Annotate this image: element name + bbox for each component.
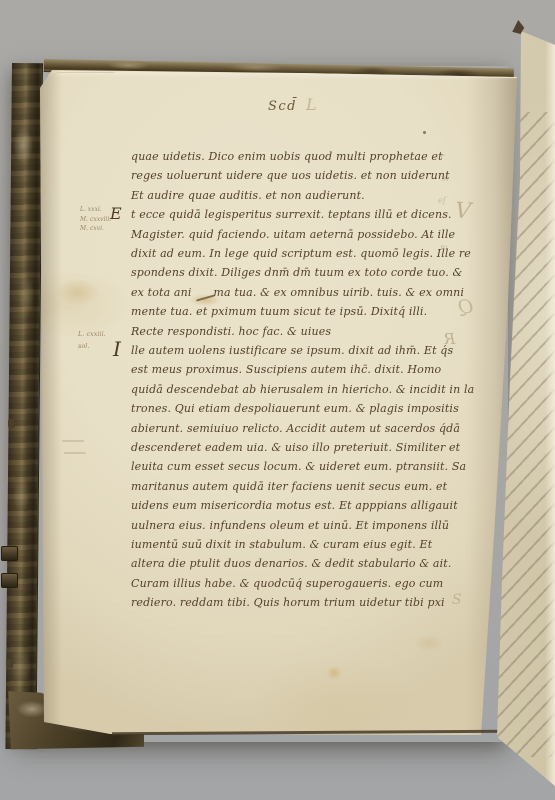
manuscript-text-line: mente tua. et pximum tuum sicut te ipsū.… [131,305,427,319]
manuscript-text-line: t ecce quidā legisperitus surrexit. tept… [131,208,452,222]
bleedthrough-mark: m [441,174,449,183]
manuscript-text-line: leuita cum esset secus locum. & uideret … [131,460,466,474]
bleedthrough-mark: ır [438,152,444,161]
bleedthrough-initial-v: V [454,198,472,224]
running-header: Scd̄ [268,99,297,114]
manuscript-text-line: uidens eum misericordia motus est. Et ap… [131,499,458,513]
facing-page-fore-edge [545,42,555,786]
manuscript-page: Scd̄ L L. xxxi.M. cxxviii.M. cxvi. L. cx… [0,0,555,800]
margin-note-line: M. cxxviii. [80,215,111,225]
binding-stud [8,419,15,428]
manuscript-text-line: abierunt. semiuiuo relicto. Accidit aute… [131,422,460,436]
manuscript-text-line: ex tota ani ma tua. & ex omnibus uirib. … [131,286,464,300]
bleedthrough-initial-q: Q [458,296,474,318]
manuscript-text-line: altera die ptulit duos denarios. & dedit… [131,557,452,571]
ink-speck [423,131,426,134]
manuscript-text-line: Et audire quae auditis. et non audierunt… [131,189,365,203]
manuscript-text-line: descenderet eadem uia. & uiso illo prete… [131,441,460,455]
manuscript-text-line: maritanus autem quidā iter faciens uenit… [131,480,447,494]
manuscript-text-line: dixit ad eum. In lege quid scriptum est.… [131,247,471,261]
page-stack-edge [51,72,115,108]
manuscript-text-line: Magister. quid faciendo. uitam aeternā p… [131,228,455,242]
manuscript-text-line: quae uidetis. Dico enim uobis quod multi… [131,150,443,164]
manuscript-text-line: trones. Qui etiam despoliauerunt eum. & … [131,402,459,416]
manuscript-text-line: Recte respondisti. hoc fac. & uiues [131,325,331,339]
manuscript-text-line: lle autem uolens iustificare se ipsum. d… [131,344,453,358]
parchment-stain [414,634,444,652]
manuscript-text-line: iumentū suū dixit in stabulum. & curam e… [131,538,432,552]
bleedthrough-margin-mark [64,452,86,454]
binding-stud [6,659,13,668]
margin-note-line: L. xxxi. [80,205,111,215]
canon-margin-note: L. cxxiii.sol. [78,328,106,352]
manuscript-text-line: spondens dixit. Diliges dnm̄ dm̄ tuum ex… [131,266,462,280]
bleedthrough-initial-r: R [444,330,455,348]
manuscript-text-line: rediero. reddam tibi. Quis horum trium u… [131,596,445,610]
margin-note-line: M. cxvi. [80,224,111,234]
erasure-smudge [189,294,221,306]
parchment-stain [326,666,342,680]
decorated-initial-I: I [113,337,121,361]
manuscript-text-line: quidā descendebat ab hierusalem in hieri… [131,383,474,397]
decorated-initial-E: E [110,204,122,223]
parchment-stain [56,278,100,306]
book-spine-edge [5,63,43,749]
book-clasp [1,546,18,561]
manuscript-text-line: reges uoluerunt uidere que uos uidetis. … [131,169,450,183]
manuscript-text-line: est meus proximus. Suscipiens autem ihc̄… [131,363,441,377]
bleedthrough-initial-s: S [452,592,462,608]
bleedthrough-margin-mark [62,440,84,442]
margin-note-line: L. cxxiii. [78,328,106,340]
bleedthrough-mark: nı [440,243,448,252]
manuscript-text-line: Curam illius habe. & quodcūq́ superogaue… [131,577,443,591]
margin-note-line: sol. [78,340,106,352]
canon-margin-note: L. xxxi.M. cxxviii.M. cxvi. [80,205,111,234]
bleedthrough-mark: eſ [438,196,446,205]
manuscript-text-line: uulnera eius. infundens oleum et uinū. E… [131,519,449,533]
book-clasp [1,573,18,588]
running-header-ghost: L [306,95,317,114]
photo-background: Scd̄ L L. xxxi.M. cxxviii.M. cxvi. L. cx… [0,0,555,800]
